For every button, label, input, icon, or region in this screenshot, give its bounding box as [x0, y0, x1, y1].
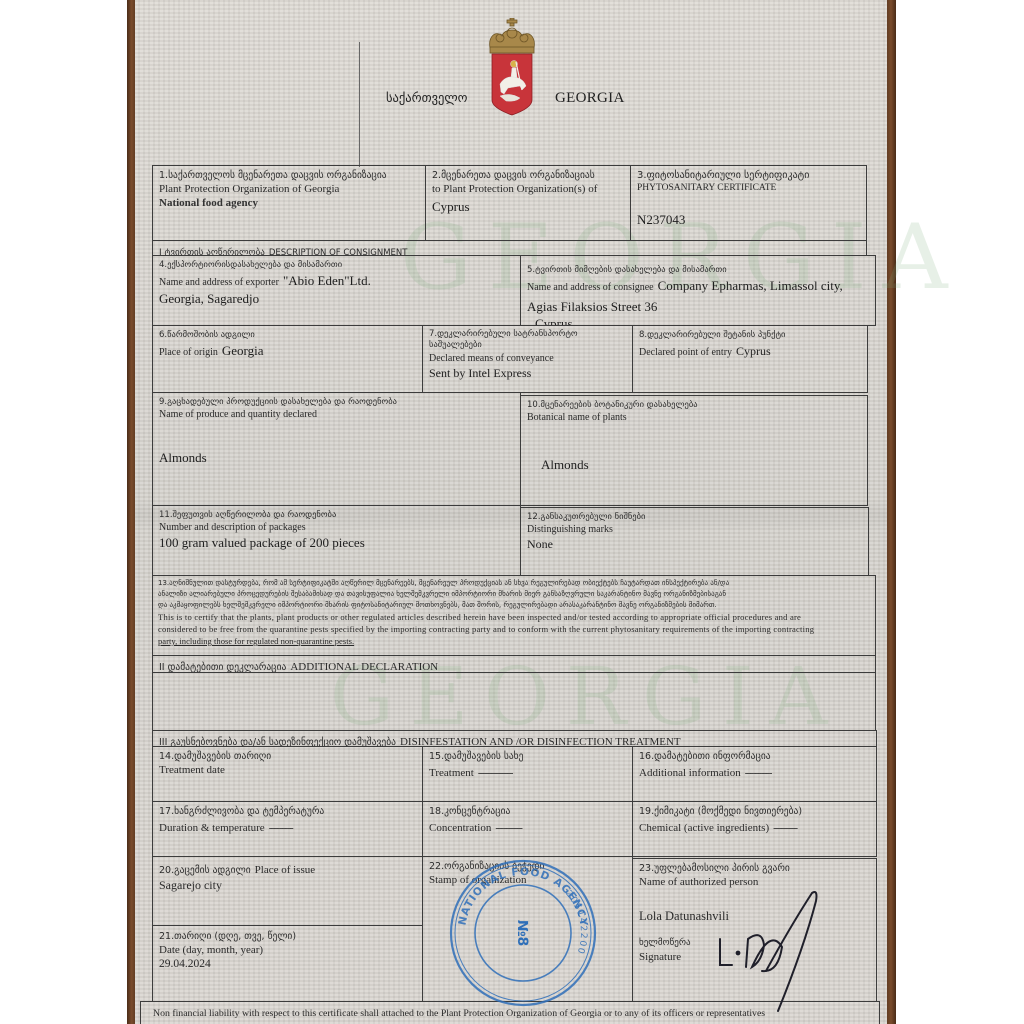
field-label-en: Treatment date: [159, 763, 416, 777]
field-label-ka: 11.შეფუთვის აღწერილობა და რაოდენობა: [159, 509, 514, 522]
field-label-ka: 10.მცენარეების ბოტანიკური დასახელება: [527, 399, 861, 412]
statement-en-3: party, including those for regulated non…: [158, 635, 870, 647]
disclaimer-text: Non financial liability with respect to …: [153, 1008, 765, 1019]
field-value: National food agency: [159, 196, 419, 210]
field-label-en: Distinguishing marks: [527, 524, 862, 537]
field-label-en: Number and description of packages: [159, 522, 514, 535]
georgia-coat-of-arms-icon: [486, 18, 538, 116]
distinguishing-marks-cell: 12.განსაკუთრებული ნიშნები Distinguishing…: [520, 507, 869, 576]
ruler-line: [359, 42, 360, 167]
consignee-cell: 5.ტვირთის მიმღების დასახელება და მისამარ…: [520, 255, 876, 326]
field-label-en: Name of produce and quantity declared: [159, 409, 514, 422]
field-label-ka-cont: საშუალებები: [429, 340, 626, 351]
field-label-en: Name and address of exporter: [159, 277, 279, 288]
exporter-address: Georgia, Sagaredjo: [159, 290, 514, 307]
field-label-ka: 23.უფლებამოსილი პირის გვარი: [639, 862, 870, 875]
field-label-en: Additional information: [639, 767, 741, 779]
field-label-ka: 5.ტვირთის მიმღების დასახელება და მისამარ…: [527, 264, 869, 277]
exporter-name: "Abio Eden"Ltd.: [283, 273, 371, 288]
field-label-en: Botanical name of plants: [527, 412, 861, 425]
produce-value: Almonds: [159, 449, 514, 466]
field-label-en: Duration & temperature: [159, 822, 265, 834]
field-label-ka: 21.თარიღი (დღე, თვე, წელი): [159, 930, 416, 943]
country-name-georgian: საქართველო: [386, 90, 467, 105]
statement-ka-3: და აკმაყოფილებს ხელშემკვრელი იმპორტიორი …: [158, 600, 870, 611]
issue-date-value: 29.04.2024: [159, 957, 416, 971]
field-label-ka: 15.დამუშავების სახე: [429, 750, 626, 763]
place-of-origin-value: Georgia: [222, 343, 264, 358]
field-label-ka: 9.გაცხადებული პროდუქციის დასახელება და რ…: [159, 396, 514, 409]
issue-date-cell: 21.თარიღი (დღე, თვე, წელი) Date (day, mo…: [152, 925, 423, 1002]
field-label-ka: 14.დამუშავების თარიღი: [159, 750, 416, 763]
statement-en-2: considered to be free from the quarantin…: [158, 623, 870, 635]
conveyance-value: Sent by Intel Express: [429, 366, 626, 381]
field-label-ka: 8.დეკლარირებული შეტანის პუნქტი: [639, 329, 861, 342]
point-of-entry-cell: 8.დეკლარირებული შეტანის პუნქტი Declared …: [632, 325, 868, 393]
treatment-type-cell: 15.დამუშავების სახე Treatment ----------…: [422, 746, 633, 802]
statement-en-1: This is to certify that the plants, plan…: [158, 611, 870, 623]
field-label-en: Declared point of entry: [639, 347, 732, 358]
statement-ka-1: 13.აღნიშნულით დასტურდება, რომ ამ სერტიფი…: [158, 578, 870, 589]
field-label-en: Declared means of conveyance: [429, 353, 626, 366]
chemical-cell: 19.ქიმიკატი (მოქმედი ნივთიერება) Chemica…: [632, 801, 877, 857]
wooden-table-edge-right: [886, 0, 896, 1024]
field-label-ka: 18.კონცენტრაცია: [429, 805, 626, 818]
consignment-section-header: I ტვირთის აღწერილობა DESCRIPTION OF CONS…: [152, 240, 867, 256]
concentration-cell: 18.კონცენტრაცია Concentration ----------: [422, 801, 633, 857]
field-label-en: Plant Protection Organization of Georgia: [159, 182, 419, 196]
field-label-en: Name and address of consignee: [527, 282, 654, 293]
consignee-street: Agias Filaksios Street 36: [527, 298, 869, 315]
additional-info-value: ----------: [745, 767, 772, 779]
chemical-value: ---------: [773, 822, 797, 834]
additional-declaration-header: II დამატებითი დეკლარაცია ADDITIONAL DECL…: [152, 655, 876, 673]
packages-value: 100 gram valued package of 200 pieces: [159, 534, 514, 551]
destination-organization-cell: 2.მცენარეთა დაცვის ორგანიზაციას to Plant…: [425, 165, 631, 241]
consignee-name: Company Epharmas, Limassol city,: [658, 278, 843, 293]
conveyance-cell: 7.დეკლარირებული სატრანსპორტო საშუალებები…: [422, 325, 633, 393]
certificate-number-cell: 3.ფიტოსანიტარიული სერტიფიკატი PHYTOSANIT…: [630, 165, 867, 241]
field-label-ka: 3.ფიტოსანიტარიული სერტიფიკატი: [637, 169, 860, 182]
field-label-ka: 12.განსაკუთრებული ნიშნები: [527, 511, 862, 524]
field-label-ka: 2.მცენარეთა დაცვის ორგანიზაციას: [432, 169, 624, 182]
concentration-value: ----------: [495, 822, 522, 834]
handwritten-signature: [700, 887, 830, 1012]
place-of-issue-cell: 20.გაცემის ადგილი Place of issue Sagarej…: [152, 856, 423, 926]
treatment-section-header: III გაუსნებოვნება და/ან სადეზინფექციო და…: [152, 730, 877, 747]
place-of-origin-cell: 6.წარმოშობის ადგილი Place of origin Geor…: [152, 325, 423, 393]
field-label-ka: 16.დამატებითი ინფორმაცია: [639, 750, 870, 763]
treatment-date-cell: 14.დამუშავების თარიღი Treatment date: [152, 746, 423, 802]
field-label-en: Place of issue: [255, 864, 315, 876]
field-label-ka: 17.ხანგრძლივობა და ტემპერატურა: [159, 805, 416, 818]
field-label-en: Date (day, month, year): [159, 943, 416, 957]
packages-cell: 11.შეფუთვის აღწერილობა და რაოდენობა Numb…: [152, 505, 521, 576]
botanical-name-cell: 10.მცენარეების ბოტანიკური დასახელება Bot…: [520, 395, 868, 506]
field-label-ka: 1.საქართველოს მცენარეთა დაცვის ორგანიზაც…: [159, 169, 419, 182]
field-label-ka: 4.ექსპორტიორისდასახელება და მისამართი: [159, 259, 514, 272]
botanical-value: Almonds: [527, 456, 861, 473]
field-label-ka: 7.დეკლარირებული სატრანსპორტო: [429, 329, 626, 340]
field-label-en: Concentration: [429, 822, 491, 834]
field-label-en: Treatment: [429, 767, 474, 779]
svg-text:205142200: 205142200: [563, 889, 588, 956]
field-label-en: Place of origin: [159, 347, 218, 358]
field-value: Cyprus: [432, 198, 624, 215]
produce-name-cell: 9.გაცხადებული პროდუქციის დასახელება და რ…: [152, 392, 521, 506]
additional-info-cell: 16.დამატებითი ინფორმაცია Additional info…: [632, 746, 877, 802]
field-label-en: Chemical (active ingredients): [639, 822, 769, 834]
duration-temperature-cell: 17.ხანგრძლივობა და ტემპერატურა Duration …: [152, 801, 423, 857]
exporter-cell: 4.ექსპორტიორისდასახელება და მისამართი Na…: [152, 255, 521, 326]
svg-text:№8: №8: [514, 920, 530, 947]
certification-statement-cell: 13.აღნიშნულით დასტურდება, რომ ამ სერტიფი…: [152, 575, 876, 656]
field-label-ka: 20.გაცემის ადგილი: [159, 865, 251, 876]
duration-value: ---------: [269, 822, 293, 834]
official-stamp-icon: NATIONAL FOOD AGENCY 205142200 №8: [448, 858, 598, 1008]
field-label-ka: 19.ქიმიკატი (მოქმედი ნივთიერება): [639, 805, 870, 818]
place-of-issue-value: Sagarejo city: [159, 878, 416, 892]
distinguishing-marks-value: None: [527, 536, 862, 553]
additional-declaration-body: [152, 672, 876, 731]
field-label-ka: 6.წარმოშობის ადგილი: [159, 329, 416, 342]
certificate-number: N237043: [637, 211, 860, 228]
point-of-entry-value: Cyprus: [736, 344, 771, 358]
treatment-type-value: -------------: [478, 767, 513, 779]
country-name-english: GEORGIA: [555, 90, 625, 107]
certificate-title: PHYTOSANITARY CERTIFICATE: [637, 182, 860, 195]
exporting-organization-cell: 1.საქართველოს მცენარეთა დაცვის ორგანიზაც…: [152, 165, 426, 241]
statement-ka-2: ანალიზი ალიარებული პროცედურების შესაბამი…: [158, 589, 870, 600]
field-label-en: to Plant Protection Organization(s) of: [432, 182, 624, 196]
